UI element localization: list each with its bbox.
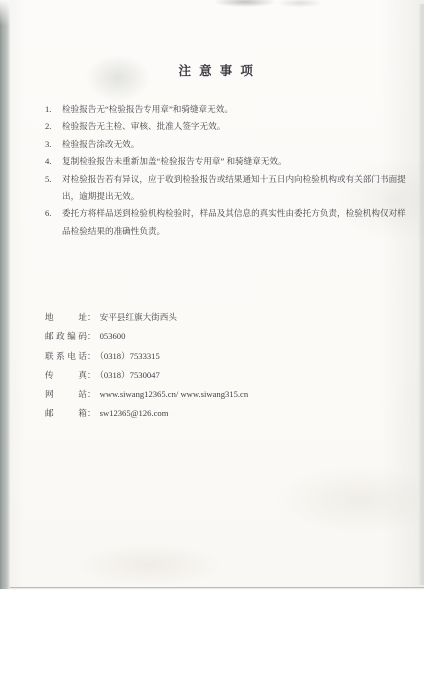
notice-number: 6. (45, 205, 62, 240)
notice-item: 5. 对检验报告若有异议，应于收到检验报告或结果通知十五日内向检验机构或有关部门… (45, 171, 415, 206)
paper-edge-right (418, 4, 424, 585)
contact-value: 053600 (100, 331, 126, 341)
notice-text: 对检验报告若有异议，应于收到检验报告或结果通知十五日内向检验机构或有关部门书面提… (62, 171, 412, 206)
notice-number: 1. (45, 101, 62, 118)
contact-row-email: 邮箱：sw12365@126.com (45, 404, 248, 423)
contact-colon: ： (87, 389, 96, 399)
notice-text: 检验报告无“检验报告专用章”和骑缝章无效。 (62, 101, 412, 118)
contact-value: www.siwang12365.cn/ www.siwang315.cn (100, 389, 249, 399)
contact-row-fax: 传真：（0318）7530047 (45, 366, 248, 385)
notice-text: 复制检验报告未重新加盖“检验报告专用章” 和骑缝章无效。 (62, 153, 412, 170)
contact-label: 联系电话 (45, 347, 87, 366)
notice-number: 2. (45, 118, 62, 135)
notice-number: 5. (45, 171, 62, 206)
contact-colon: ： (87, 331, 96, 341)
contact-value: sw12365@126.com (100, 408, 169, 418)
scanner-edge-left (0, 0, 10, 589)
contact-colon: ： (87, 370, 96, 380)
contact-value: （0318）7533315 (100, 351, 160, 361)
contact-label: 传真 (45, 366, 87, 385)
contact-label: 邮政编码 (45, 327, 87, 346)
notice-text: 检验报告涂改无效。 (62, 136, 412, 153)
contact-block: 地址：安平县红旗大街西头 邮政编码：053600 联系电话：（0318）7533… (45, 308, 248, 424)
contact-colon: ： (87, 408, 96, 418)
notice-item: 2. 检验报告无主检、审核、批准人签字无效。 (45, 118, 415, 135)
contact-colon: ： (87, 312, 96, 322)
notice-list: 1. 检验报告无“检验报告专用章”和骑缝章无效。 2. 检验报告无主检、审核、批… (45, 101, 415, 240)
scanned-document: 注 意 事 项 1. 检验报告无“检验报告专用章”和骑缝章无效。 2. 检验报告… (0, 0, 424, 700)
notice-text: 委托方将样品送到检验机构检验时，样品及其信息的真实性由委托方负责，检验机构仅对样… (62, 205, 412, 240)
contact-value: 安平县红旗大街西头 (100, 312, 177, 322)
contact-row-address: 地址：安平县红旗大街西头 (45, 308, 248, 327)
contact-label: 网站 (45, 385, 87, 404)
notice-number: 4. (45, 153, 62, 170)
notice-text: 检验报告无主检、审核、批准人签字无效。 (62, 118, 412, 135)
notice-item: 6. 委托方将样品送到检验机构检验时，样品及其信息的真实性由委托方负责，检验机构… (45, 205, 415, 240)
contact-row-website: 网站：www.siwang12365.cn/ www.siwang315.cn (45, 385, 248, 404)
paper-sheet (0, 0, 424, 587)
contact-colon: ： (87, 351, 96, 361)
contact-label: 邮箱 (45, 404, 87, 423)
notice-item: 3. 检验报告涂改无效。 (45, 136, 415, 153)
notice-number: 3. (45, 136, 62, 153)
page-title: 注 意 事 项 (10, 61, 424, 79)
contact-row-phone: 联系电话：（0318）7533315 (45, 347, 248, 366)
notice-item: 1. 检验报告无“检验报告专用章”和骑缝章无效。 (45, 101, 415, 118)
notice-item: 4. 复制检验报告未重新加盖“检验报告专用章” 和骑缝章无效。 (45, 153, 415, 170)
contact-row-postcode: 邮政编码：053600 (45, 327, 248, 346)
contact-label: 地址 (45, 308, 87, 327)
contact-value: （0318）7530047 (100, 370, 160, 380)
